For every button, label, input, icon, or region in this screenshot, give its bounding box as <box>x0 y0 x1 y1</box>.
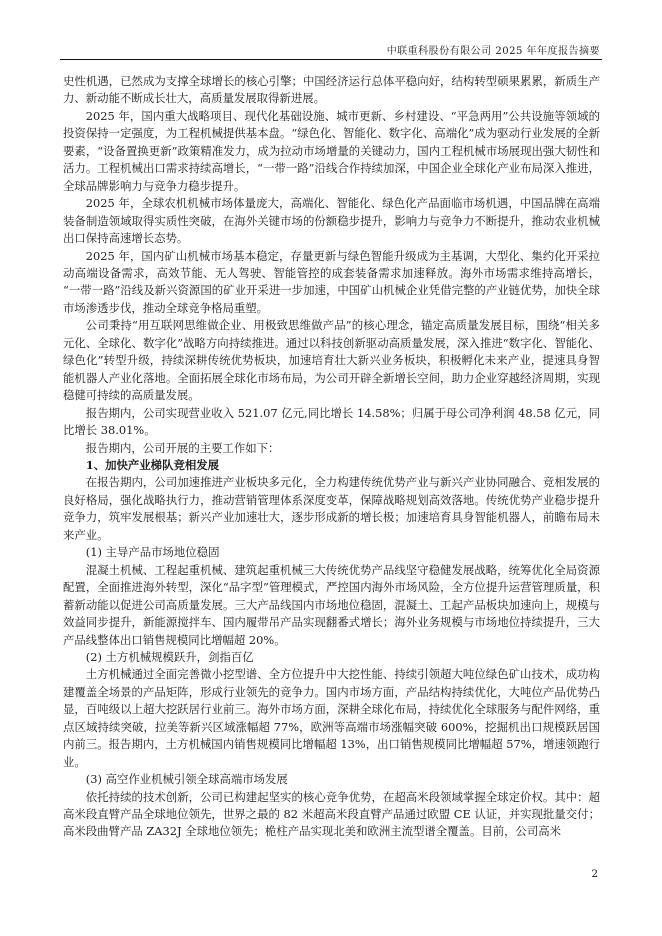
page-number: 2 <box>591 868 598 880</box>
header-divider <box>60 59 602 60</box>
body-paragraph: 2025 年，国内矿山机械市场基本稳定，存量更新与绿色智能升级成为主基调，大型化… <box>63 248 600 318</box>
body-paragraph: 2025 年，国内重大战略项目、现代化基础设施、城市更新、乡村建设、“平急两用”… <box>63 108 600 195</box>
section-heading: 1、加快产业梯队竞相发展 <box>63 457 600 474</box>
report-page: 中联重科股份有限公司 2025 年年度报告摘要 史性机遇，已然成为支撑全球增长的… <box>0 0 662 936</box>
sub-heading: (1) 主导产品市场地位稳固 <box>63 544 600 561</box>
body-paragraph: 土方机械通过全面完善微小挖型谱、全方位提升中大挖性能、持续引领超大吨位绿色矿山技… <box>63 666 600 771</box>
body-paragraph: 2025 年，全球农机机械市场体量庞大，高端化、智能化、绿色化产品面临市场机遇，… <box>63 195 600 247</box>
body-paragraph: 公司秉持“用互联网思维做企业、用极致思维做产品”的核心理念，锚定高质量发展目标，… <box>63 317 600 404</box>
body-paragraph: 依托持续的技术创新，公司已构建起坚实的核心竞争优势，在超高米段领域掌握全球定价权… <box>63 789 600 841</box>
body-paragraph: 史性机遇，已然成为支撑全球增长的核心引擎；中国经济运行总体平稳向好，结构转型硕果… <box>63 73 600 108</box>
body-paragraph: 混凝土机械、工程起重机械、建筑起重机械三大传统优势产品线坚守稳健发展战略，统筹优… <box>63 562 600 649</box>
body-paragraph: 在报告期内，公司加速推进产业板块多元化，全力构建传统优势产业与新兴产业协同融合、… <box>63 474 600 544</box>
sub-heading: (3) 高空作业机械引领全球高端市场发展 <box>63 771 600 788</box>
document-body: 史性机遇，已然成为支撑全球增长的核心引擎；中国经济运行总体平稳向好，结构转型硕果… <box>63 73 600 841</box>
body-paragraph-financials: 报告期内，公司实现营业收入 521.07 亿元,同比增长 14.58%；归属于母… <box>63 405 600 440</box>
document-header-title: 中联重科股份有限公司 2025 年年度报告摘要 <box>387 42 600 57</box>
body-paragraph: 报告期内，公司开展的主要工作如下： <box>63 440 600 457</box>
sub-heading: (2) 土方机械规模跃升，剑指百亿 <box>63 649 600 666</box>
